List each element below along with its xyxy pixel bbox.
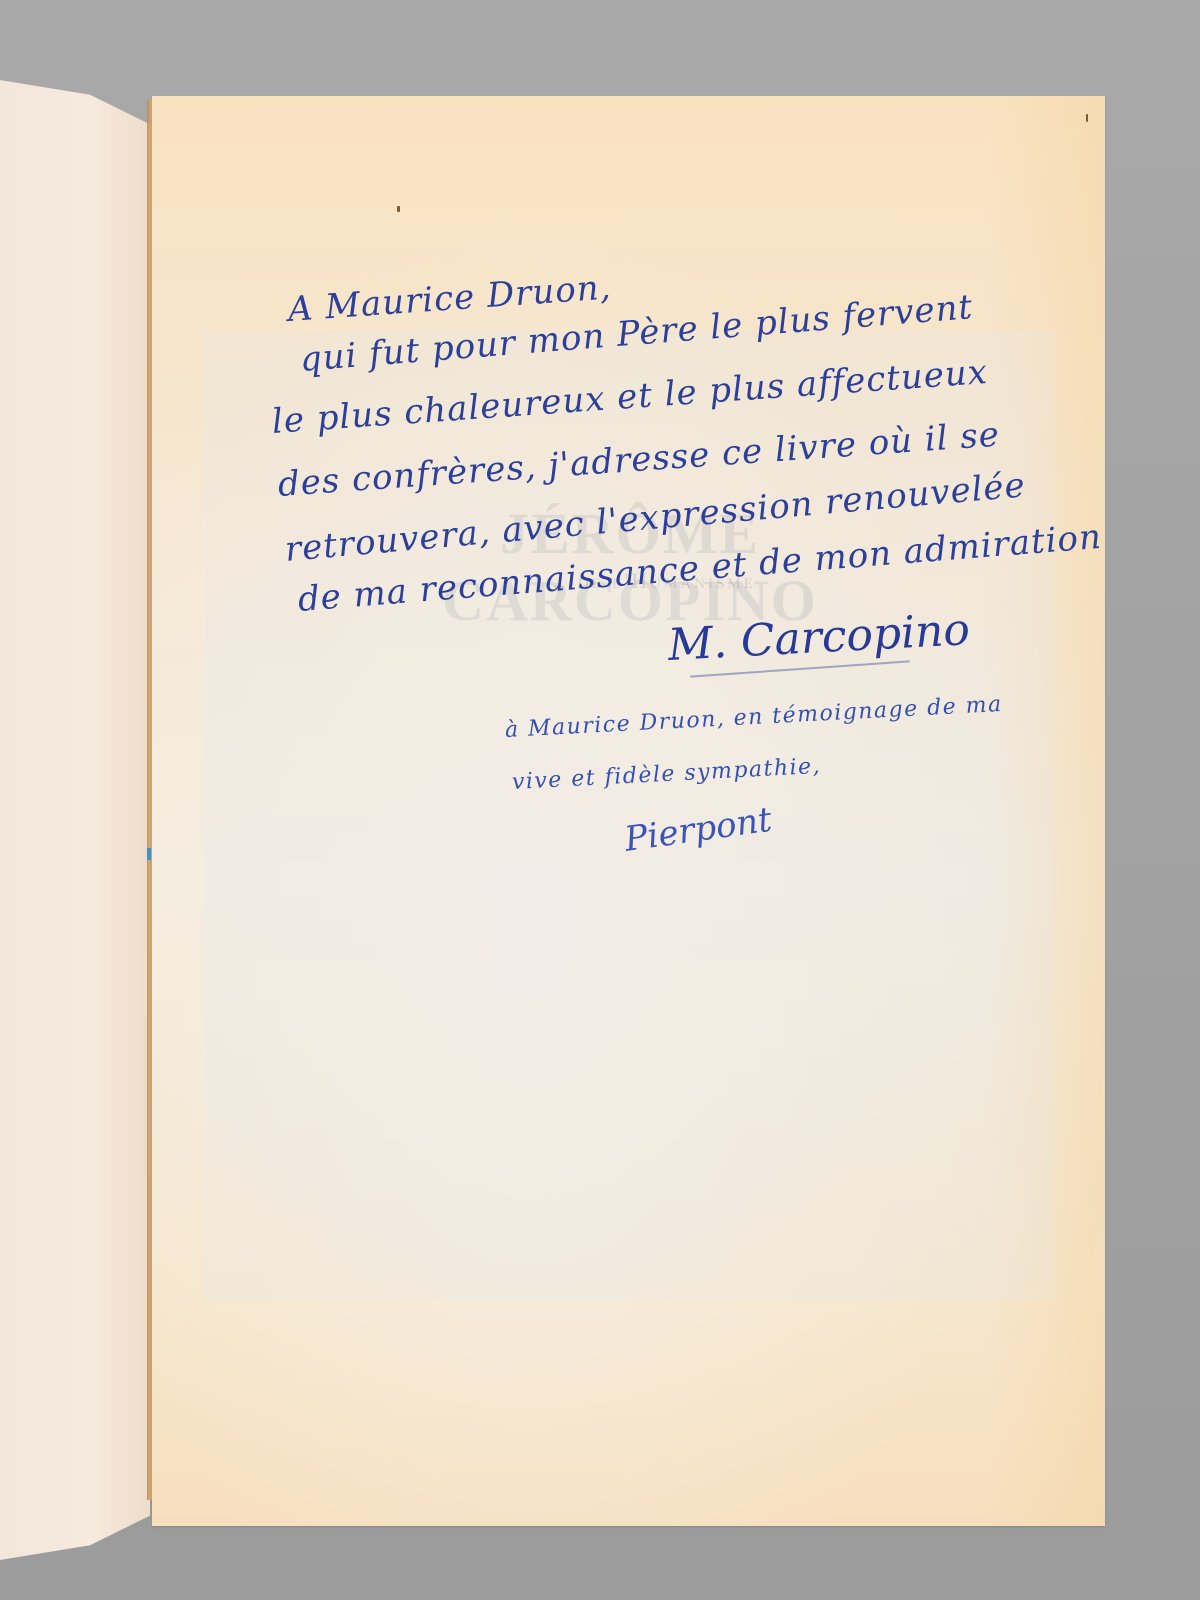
ink-speck (147, 848, 151, 860)
foxing-spot (1086, 114, 1088, 122)
book-photo: JÉRÔME CARCOPINO … de l'Humanisme A Maur… (0, 0, 1200, 1600)
foxing-spot (397, 206, 400, 212)
left-flyleaf (0, 80, 150, 1560)
